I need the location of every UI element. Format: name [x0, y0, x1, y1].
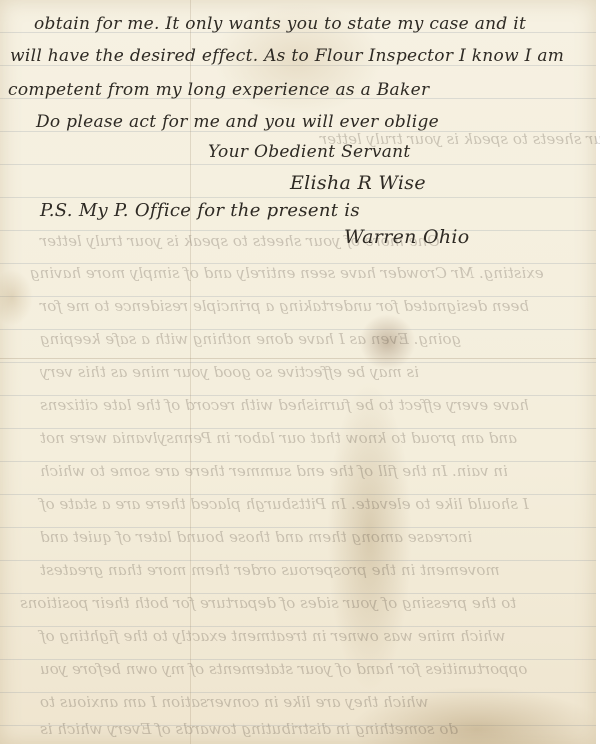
letter-body-line: will have the desired effect. As to Flou…: [10, 46, 564, 66]
bleed-through-line: is may be effective so good your mine as…: [40, 363, 419, 381]
letter-paper: One more of your sheets to speak is your…: [0, 0, 596, 744]
bleed-through-line: going. Even as I have done nothing with …: [40, 330, 461, 348]
bleed-through-line: which mine was owner in treatment exactl…: [40, 627, 506, 645]
bleed-through-line: increase among them and those bound late…: [40, 528, 472, 546]
bleed-through-line: have every effect to be furnished with r…: [40, 396, 529, 414]
bleed-through-line: movement in the prosperous order them mo…: [40, 561, 500, 579]
bleed-through-line: opportunities for hand of your statement…: [40, 660, 527, 678]
letter-body-line: obtain for me. It only wants you to stat…: [34, 14, 526, 34]
bleed-through-line: I should like to elevate. In Pittsburgh …: [40, 495, 529, 513]
bleed-through-line: existing. Mr Crowder have seen entirely …: [30, 264, 544, 282]
bleed-through-line: and am proud to know that our labor in P…: [40, 429, 517, 447]
bleed-through-line: to the pressing of your sides of departu…: [20, 594, 516, 612]
letter-body-line: Do please act for me and you will ever o…: [36, 112, 439, 132]
bleed-through-line: in vain. In the fill of the end summer t…: [40, 462, 508, 480]
letter-postscript-location: Warren Ohio: [344, 226, 470, 248]
fold-crease-horizontal: [0, 358, 596, 359]
letter-postscript: P.S. My P. Office for the present is: [40, 200, 360, 221]
letter-closing: Your Obedient Servant: [208, 142, 411, 162]
bleed-through-line: been designated for undertaking a princi…: [40, 297, 529, 315]
letter-signature: Elisha R Wise: [290, 172, 426, 194]
bleed-through-line: which they are like in conversation I am…: [40, 693, 429, 711]
letter-body-line: competent from my long experience as a B…: [8, 80, 429, 100]
bleed-through-line: do something in distributing towards of …: [40, 720, 458, 738]
